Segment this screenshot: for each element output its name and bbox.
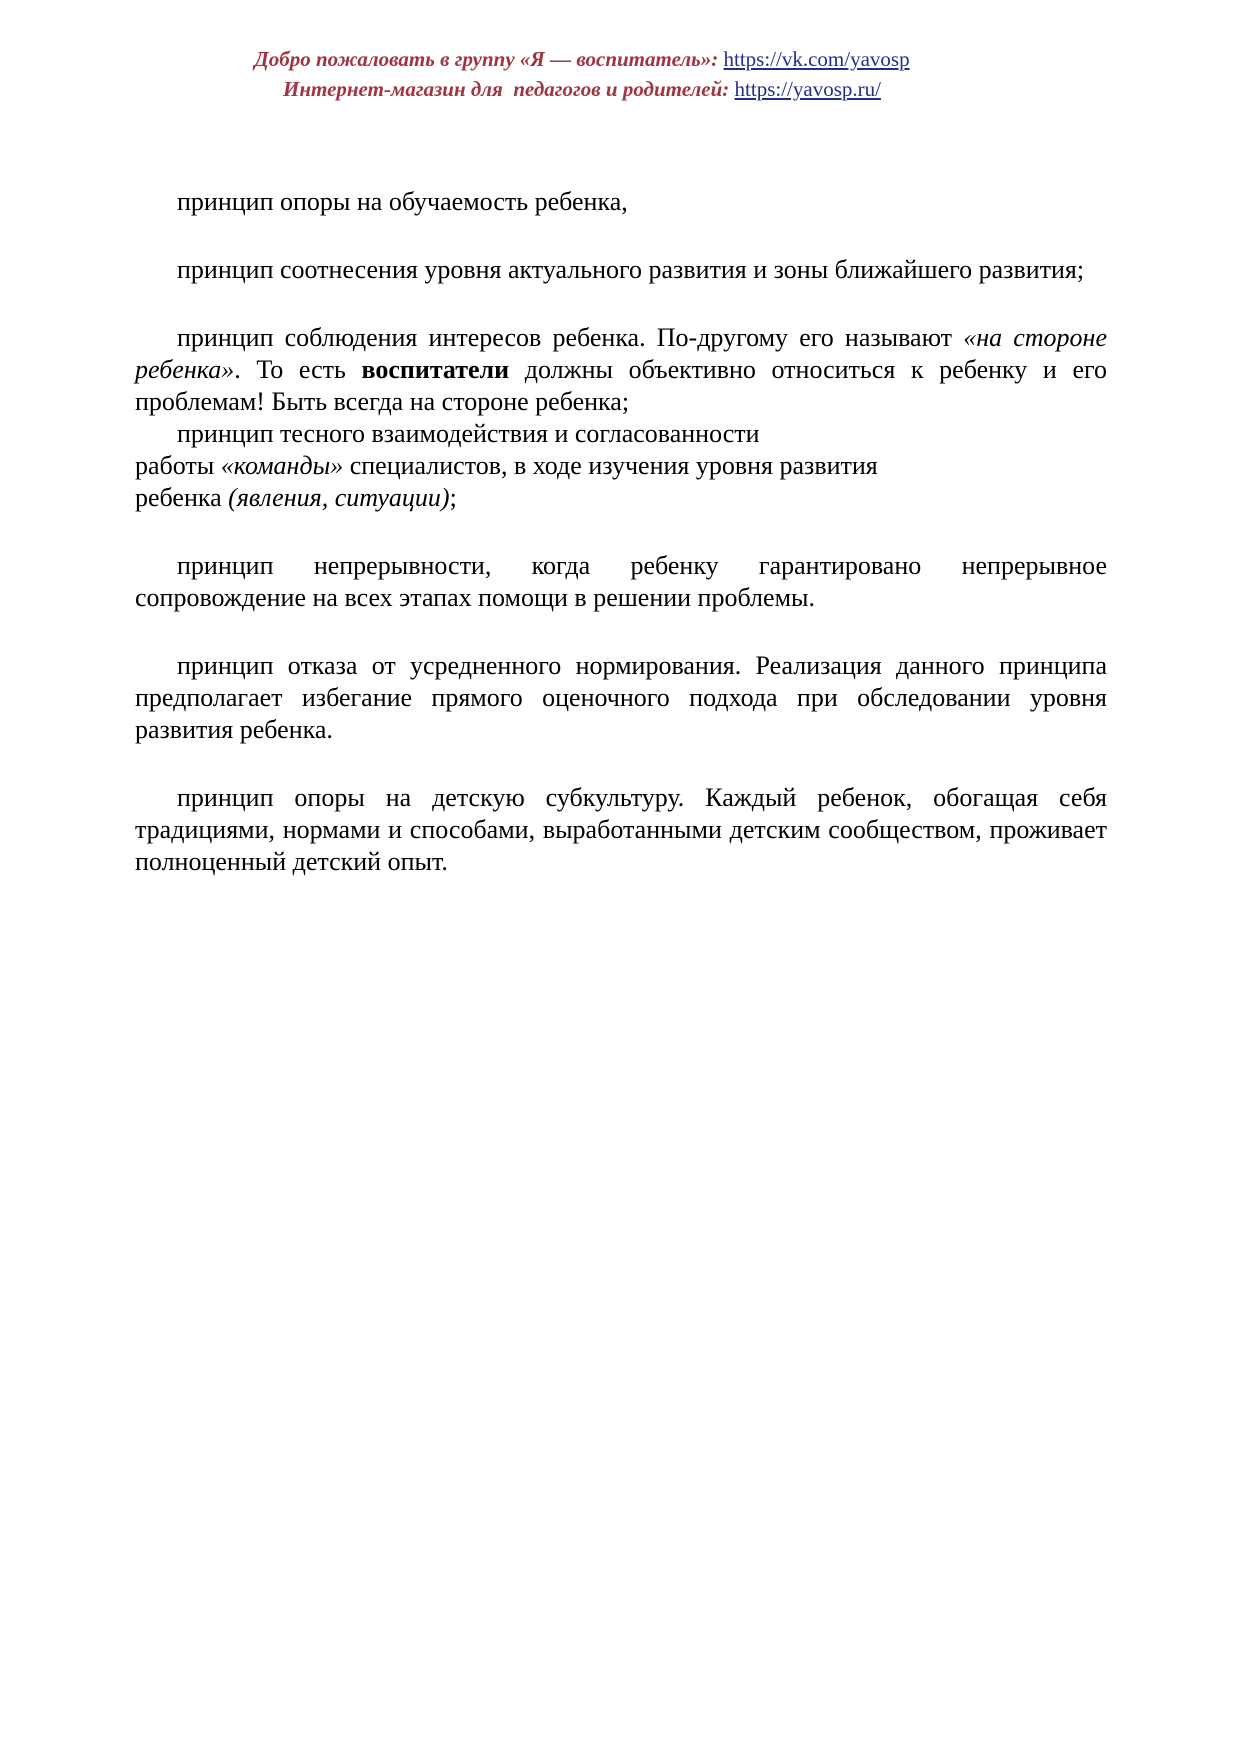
italic-run: «команды» (221, 451, 343, 480)
text-run: принцип отказа от усредненного нормирова… (135, 651, 1107, 744)
italic-run: (явления, ситуации) (228, 483, 449, 512)
paragraph: принцип соблюдения интересов ребенка. По… (135, 322, 1107, 418)
text-run: работы (135, 451, 221, 480)
text-run: принцип опоры на детскую субкультуру. Ка… (135, 783, 1107, 876)
text-run: . То есть (234, 355, 361, 384)
text-run: принцип опоры на обучаемость ребенка, (177, 187, 628, 216)
header-greeting-text: Добро пожаловать в группу «Я — воспитате… (254, 47, 718, 71)
paragraph: принцип опоры на детскую субкультуру. Ка… (135, 782, 1107, 878)
text-run: специалистов, в ходе изучения уровня раз… (343, 451, 878, 480)
text-run: ребенка (135, 483, 228, 512)
paragraph: принцип непрерывности, когда ребенку гар… (135, 550, 1107, 614)
bold-run: воспитатели (361, 355, 509, 384)
paragraph: принцип соотнесения уровня актуального р… (135, 254, 1107, 286)
header-shop-text: Интернет-магазин для педагогов и родител… (283, 77, 729, 101)
header-line-1: Добро пожаловать в группу «Я — воспитате… (135, 44, 1029, 74)
page-header: Добро пожаловать в группу «Я — воспитате… (135, 44, 1029, 104)
text-run: принцип соблюдения интересов ребенка. По… (177, 323, 963, 352)
header-line-2: Интернет-магазин для педагогов и родител… (135, 74, 1029, 104)
text-run: ; (450, 483, 457, 512)
text-run: принцип непрерывности, когда ребенку гар… (135, 551, 1107, 612)
paragraph: принцип отказа от усредненного нормирова… (135, 650, 1107, 746)
shop-site-link[interactable]: https://yavosp.ru/ (735, 77, 881, 101)
paragraph: принцип тесного взаимодействия и согласо… (135, 418, 1107, 514)
vk-group-link[interactable]: https://vk.com/yavosp (724, 47, 910, 71)
text-run: принцип соотнесения уровня актуального р… (177, 255, 1084, 284)
document-page: Добро пожаловать в группу «Я — воспитате… (0, 0, 1240, 1754)
document-body: принцип опоры на обучаемость ребенка,при… (135, 186, 1107, 878)
text-run: принцип тесного взаимодействия и согласо… (177, 419, 760, 448)
paragraph: принцип опоры на обучаемость ребенка, (135, 186, 1107, 218)
